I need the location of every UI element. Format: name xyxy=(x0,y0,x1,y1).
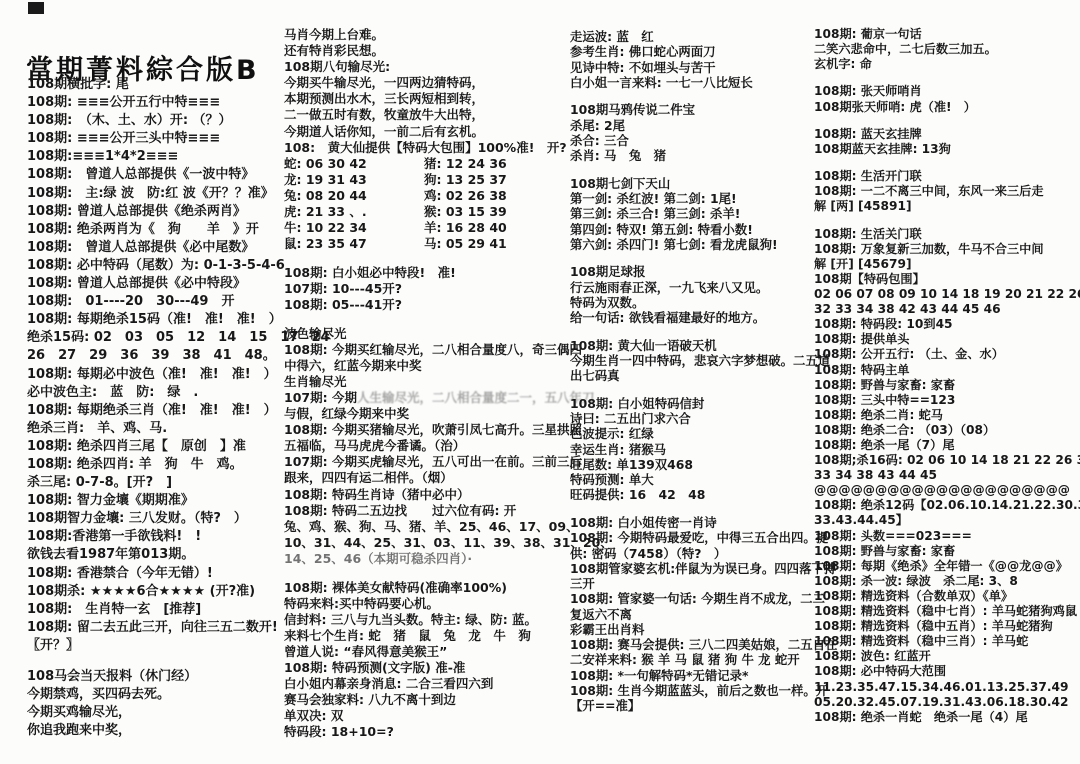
text-line: 五福临，马马虎虎今番谲。（治） xyxy=(284,438,566,454)
text-line: 绝杀三肖: 羊、鸡、马. xyxy=(27,420,279,438)
text-line: 特码段: 18+10=? xyxy=(284,724,566,740)
text-line: 108期: 必中特码大范围 xyxy=(814,664,1078,679)
text-line: 108期张天师哨: 虎（准! ） xyxy=(814,100,1078,115)
text-line: 107期: 今期人生输尽光，二八相合量度二一，五八年刀 xyxy=(284,390,566,406)
text-line: 108期管家婆玄机:伴鼠为为误已身。四四落下搏 xyxy=(570,561,816,576)
text-line: 108期: 生肖今期蓝蓝头，前后之数也一样。开 xyxy=(570,683,816,698)
text-line: 特码为双数。 xyxy=(570,295,816,310)
text-line: 108期: 曾道人总部提供《必中特段》 xyxy=(27,275,279,293)
text-line xyxy=(814,215,1078,227)
scan-artifact-mark xyxy=(28,2,44,14)
text-line: 今期道人话你知，一前二后有玄机。 xyxy=(284,124,566,140)
text-line: 108期马鸦传说二件宝 xyxy=(570,102,816,117)
text-line: 108期: 精选资料（稳中三肖）: 羊马蛇 xyxy=(814,634,1078,649)
text-line: 今期买牛输尽光，一四两边猜特码， xyxy=(284,75,566,91)
text-line: 赛马会独家料: 八九不离十到边 xyxy=(284,692,566,708)
text-line: 26 27 29 36 39 38 41 48。 xyxy=(27,347,279,365)
text-line: 108期: 留二去五此三开，向往三五二数开! xyxy=(27,619,279,637)
text-line: 今期生肖一四中特码，悲哀六字梦想破。二五道 xyxy=(570,353,816,368)
text-line: 白小姐内幕亲身消息: 二合三看四六到 xyxy=(284,676,566,692)
text-line xyxy=(570,252,816,264)
text-line: 色波提示: 红绿 xyxy=(570,426,816,441)
text-line: 三开 xyxy=(570,576,816,591)
text-line: 108期: 绝杀四肖三尾【 原创 】准 xyxy=(27,438,279,456)
text-line: 108期: 提供单头 xyxy=(814,332,1078,347)
text-line: 旺尾数: 单139双468 xyxy=(570,457,816,472)
text-line: 108期: 特码主单 xyxy=(814,363,1078,378)
text-line: 第六剑: 杀四门! 第七剑: 看龙虎鼠狗! xyxy=(570,237,816,252)
text-line: 生肖输尽光 xyxy=(284,374,566,390)
text-line: 108期: 葡京一句话 xyxy=(814,27,1078,42)
text-line: 108期: 每期绝杀15码（准! 准! 准! ） xyxy=(27,311,279,329)
text-line: 走运波: 蓝 红 xyxy=(570,29,816,44)
text-line: 108期: 野兽与家畜: 家畜 xyxy=(814,544,1078,559)
text-line: 信封料: 三八与九当头数。特主: 绿、防: 蓝。 xyxy=(284,612,566,628)
text-line: 108期: 特码预测(文字版) 准-准 xyxy=(284,660,566,676)
text-line: 108期: 管家婆一句话: 今期生肖不成龙，二二 xyxy=(570,591,816,606)
text-line: 108期: 精选资料（稳中七肖）: 羊马蛇猪狗鸡鼠 xyxy=(814,604,1078,619)
text-line: 108期: 张天师哨肖 xyxy=(814,84,1078,99)
text-line: 108期: 头数===023=== xyxy=(814,529,1078,544)
text-line: 【开==准】 xyxy=(570,698,816,713)
text-line: 108期: 绝杀一尾（7）尾 xyxy=(814,438,1078,453)
text-line: 单双决: 双 xyxy=(284,708,566,724)
text-line: 本期预测出水木，三长两短相到转， xyxy=(284,91,566,107)
text-line: 108期: 公开五行: （土、金、水） xyxy=(814,347,1078,362)
text-line: 兔: 08 20 44鸡: 02 26 38 xyxy=(284,188,566,204)
text-line: 与假，红绿今期来中奖 xyxy=(284,406,566,422)
text-line: 108期智力金壤: 三八发财。（特? ） xyxy=(27,510,279,528)
text-line: 杀三尾: 0-7-8。[开? ] xyxy=(27,474,279,492)
text-line: 108期: 蓝天玄挂牌 xyxy=(814,127,1078,142)
text-line: 14、25、46（本期可稳杀四肖）· xyxy=(284,551,566,567)
text-line: 108期: ≡≡≡公开三头中特≡≡≡ xyxy=(27,130,279,148)
text-line: 108: 黄大仙提供【特码大包围】100%准! 开? xyxy=(284,140,566,156)
text-line: 二笑六悲命中，二七后数三加五。 xyxy=(814,42,1078,57)
text-line: 108期: 曾道人总部提供《必中尾数》 xyxy=(27,239,279,257)
text-line: 来料七个生肖: 蛇 猪 鼠 兔 龙 牛 狗 xyxy=(284,628,566,644)
text-line: 解 [两] [45891] xyxy=(814,199,1078,214)
text-line: 行云施雨春正深，一九飞来八又见。 xyxy=(570,280,816,295)
text-line: 108期:香港第一手欲钱料! ! xyxy=(27,528,279,546)
text-line: 108期: 今期买猪输尽光，吹萧引凤七高升。三星拱照 xyxy=(284,422,566,438)
text-line: 特码来料:买中特码要心机。 xyxy=(284,596,566,612)
text-line: 05.20.32.45.07.19.31.43.06.18.30.42 xyxy=(814,695,1078,710)
text-line: 108期: 白小姐必中特段! 准! xyxy=(284,265,566,281)
text-line: 108期: 今期买红输尽光，二八相合量度八，奇三偶四 xyxy=(284,342,566,358)
text-line: 杀尾: 2尾 xyxy=(570,118,816,133)
text-line: 33.43.44.45】 xyxy=(814,513,1078,528)
text-line: 波色输尽光 xyxy=(284,326,566,342)
text-line: 马肖今期上台难。 xyxy=(284,27,566,43)
text-line: 牛: 10 22 34羊: 16 28 40 xyxy=(284,220,566,236)
text-line: 给一句话: 欲钱看福建最好的地方。 xyxy=(570,310,816,325)
text-line: 108期: ≡≡≡公开五行中特≡≡≡ xyxy=(27,94,279,112)
text-line: 还有特肖彩民想。 xyxy=(284,43,566,59)
text-line: 108期;杀16码: 02 06 10 14 18 21 22 26 30 31… xyxy=(814,453,1078,468)
text-line: 旺码提供: 16 42 48 xyxy=(570,487,816,502)
text-line: 108期: 01----20 30---49 开 xyxy=(27,293,279,311)
text-line: 108期: （木、土、水）开: （？） xyxy=(27,112,279,130)
text-line: 108期足球报 xyxy=(570,264,816,279)
text-line xyxy=(570,503,816,515)
text-line: 108期: 曾道人总部提供《绝杀两肖》 xyxy=(27,203,279,221)
text-line: 白小姐一言来料: 一七一八比短长 xyxy=(570,75,816,90)
text-line: 出七码真 xyxy=(570,368,816,383)
text-line: 02 06 07 08 09 10 14 18 19 20 21 22 26 3… xyxy=(814,287,1078,302)
text-line: 108期: 精选资料（稳中五肖）: 羊马蛇猪狗 xyxy=(814,619,1078,634)
text-line: 跟来，四四有运二相伴。（烟） xyxy=(284,470,566,486)
text-line: 108期: 裸体美女献特码(准确率100%) xyxy=(284,580,566,596)
text-line: 108期: 香港禁合（今年无错）! xyxy=(27,565,279,583)
text-line: @@@@@@@@@@@@@@@@@@@@@ xyxy=(814,483,1078,498)
text-line: 杀肖: 马 兔 猪 xyxy=(570,148,816,163)
text-line: 龙: 19 31 43狗: 13 25 37 xyxy=(284,172,566,188)
text-line: 虎: 21 33 、.猴: 03 15 39 xyxy=(284,204,566,220)
text-line xyxy=(570,163,816,175)
text-line: 108期: 每期《绝杀》全年错一《@@龙@@》 xyxy=(814,559,1078,574)
text-line: 107期: 今期买虎输尽光，五八可出一在前。三前三后 xyxy=(284,454,566,470)
text-line xyxy=(570,90,816,102)
text-line: 108期: 万象复新三加数，牛马不合三中间 xyxy=(814,242,1078,257)
text-line xyxy=(284,313,566,326)
text-line xyxy=(814,157,1078,169)
text-line: 108马会当天报料（休门经） xyxy=(27,668,279,686)
text-line: 二安祥来料: 猴 羊 马 鼠 猪 狗 牛 龙 蛇开 xyxy=(570,652,816,667)
text-line: 108期: 今期特码最爱吃，中得三五合出四。提 xyxy=(570,530,816,545)
text-line: 欲钱去看1987年第013期。 xyxy=(27,546,279,564)
text-line: 见诗中特: 不如埋头与苦干 xyxy=(570,60,816,75)
text-line: 诗曰: 二五出门求六合 xyxy=(570,411,816,426)
text-line: 108期: 野兽与家畜: 家畜 xyxy=(814,378,1078,393)
text-line: 必中波色主: 蓝 防: 绿 . xyxy=(27,384,279,402)
text-line: 108期: 三头中特==123 xyxy=(814,393,1078,408)
text-line: 108期: 生活关门联 xyxy=(814,227,1078,242)
text-line: 中得六，红蓝今期来中奖 xyxy=(284,358,566,374)
text-line: 108期: *一句解特码*无错记录* xyxy=(570,668,816,683)
text-line: 108期: 每期绝杀三肖（准! 准! 准! ） xyxy=(27,402,279,420)
text-line: 蛇: 06 30 42猪: 12 24 36 xyxy=(284,156,566,172)
text-line: 108期: 白小姐传密一肖诗 xyxy=(570,515,816,530)
text-line xyxy=(27,655,279,668)
text-line: 107期: 10---45开? xyxy=(284,281,566,297)
text-line: 幸运生肖: 猪猴马 xyxy=(570,442,816,457)
text-line: 108期: 特码段: 10到45 xyxy=(814,317,1078,332)
text-line: 108期: 白小姐特码信封 xyxy=(570,396,816,411)
text-line: 第三剑: 杀三合! 第三剑: 杀羊! xyxy=(570,206,816,221)
text-line xyxy=(814,115,1078,127)
text-line: 32 33 34 38 42 43 44 45 46 xyxy=(814,302,1078,317)
text-line: 108期: 绝杀一肖蛇 绝杀一尾（4）尾 xyxy=(814,710,1078,725)
text-line: 今期买鸡输尽光， xyxy=(27,704,279,722)
text-line: 供: 密码（7458）（特? ） xyxy=(570,546,816,561)
column-1: 108期横批字: 尾108期: ≡≡≡公开五行中特≡≡≡108期: （木、土、水… xyxy=(27,76,279,740)
text-line: 今期禁鸡，买四码去死。 xyxy=(27,686,279,704)
text-line: 108期: 绝杀两肖为《 狗 羊 》开 xyxy=(27,221,279,239)
text-line: 第一剑: 杀红波! 第二剑: 1尾! xyxy=(570,191,816,206)
text-line: 二一做五时有数，牧童放牛大出特， xyxy=(284,107,566,123)
text-line: 鼠: 23 35 47马: 05 29 41 xyxy=(284,236,566,252)
text-line: 33 34 38 43 44 45 xyxy=(814,468,1078,483)
text-line: 108期【特码包围】 xyxy=(814,272,1078,287)
text-line xyxy=(570,384,816,396)
text-line: 108期: 特码二五边找 过六位有码: 开 xyxy=(284,503,566,519)
text-line: 108期: 一二不离三中间，东风一来三后走 xyxy=(814,184,1078,199)
text-line: 108期: 生活开门联 xyxy=(814,169,1078,184)
text-line: 108期: 杀一波: 绿波 杀二尾: 3、8 xyxy=(814,574,1078,589)
text-line: 108期八句输尽光: xyxy=(284,59,566,75)
text-line: 绝杀15码: 02 03 05 12 14 15 17 24 xyxy=(27,329,279,347)
text-line: 解 [开] [45679] xyxy=(814,257,1078,272)
column-3: 走运波: 蓝 红参考生肖: 佛口蛇心两面刀见诗中特: 不如埋头与苦干白小姐一言来… xyxy=(570,29,816,713)
text-line: 108期蓝天玄挂牌: 13狗 xyxy=(814,142,1078,157)
text-line: 108期: 每期必中波色（准! 准! 准! ） xyxy=(27,366,279,384)
text-line: 108期: 必中特码（尾数）为: 0-1-3-5-4-6 xyxy=(27,257,279,275)
text-line: 彩霸王出肖料 xyxy=(570,622,816,637)
column-2: 马肖今期上台难。还有特肖彩民想。108期八句输尽光:今期买牛输尽光，一四两边猜特… xyxy=(284,27,566,740)
text-line: 108期: 黄大仙一语破天机 xyxy=(570,338,816,353)
text-line: 108期: 生肖特一玄 [推荐] xyxy=(27,601,279,619)
text-line xyxy=(284,252,566,265)
text-line: 108期: 波色: 红蓝开 xyxy=(814,649,1078,664)
text-line: 10、31、44、25、31、03、11、39、38、31、20、 xyxy=(284,535,566,551)
text-line: 杀合: 三合 xyxy=(570,133,816,148)
text-line: 108期: 05---41开? xyxy=(284,297,566,313)
text-line: 曾道人说: “春风得意美猴王” xyxy=(284,644,566,660)
text-line: 复返六不离 xyxy=(570,607,816,622)
text-line: 108期: 绝杀12码【02.06.10.14.21.22.30.32 xyxy=(814,498,1078,513)
text-line: 第四剑: 特双! 第五剑: 特看小数! xyxy=(570,222,816,237)
column-4: 108期: 葡京一句话二笑六悲命中，二七后数三加五。玄机字: 命108期: 张天… xyxy=(814,27,1078,725)
text-line xyxy=(570,325,816,337)
text-line: 玄机字: 命 xyxy=(814,57,1078,72)
text-line: 参考生肖: 佛口蛇心两面刀 xyxy=(570,44,816,59)
text-line xyxy=(284,567,566,580)
text-line: 108期: 绝杀二肖: 蛇马 xyxy=(814,408,1078,423)
text-line: 108期杀: ★★★★6合★★★★ (开?准) xyxy=(27,583,279,601)
text-line: 11.23.35.47.15.34.46.01.13.25.37.49 xyxy=(814,680,1078,695)
text-line: 108期: 赛马会提供: 三八二四美姑娘，二五自在 xyxy=(570,637,816,652)
text-line: 〖开？〗 xyxy=(27,637,279,655)
text-line: 你追我跑来中奖， xyxy=(27,722,279,740)
text-line: 108期: 绝杀四肖: 羊 狗 牛 鸡。 xyxy=(27,456,279,474)
text-line: 108期横批字: 尾 xyxy=(27,76,279,94)
text-line: 108期: 绝杀二合: （03）（08） xyxy=(814,423,1078,438)
text-line: 108期七剑下天山 xyxy=(570,176,816,191)
text-line: 108期: 特码生肖诗（猪中必中） xyxy=(284,487,566,503)
text-line: 108期: 主:绿 波 防:红 波《开？？准》 xyxy=(27,185,279,203)
text-line: 108期: 智力金壤《期期准》 xyxy=(27,492,279,510)
text-line xyxy=(814,72,1078,84)
text-line: 兔、鸡、猴、狗、马、猪、羊、25、46、17、09、 xyxy=(284,519,566,535)
text-line: 108期:≡≡≡1*4*2≡≡≡ xyxy=(27,148,279,166)
text-line: 108期: 精选资料（合数单双）《单》 xyxy=(814,589,1078,604)
text-line: 108期: 曾道人总部提供《一波中特》 xyxy=(27,166,279,184)
text-line: 特码预测: 单大 xyxy=(570,472,816,487)
